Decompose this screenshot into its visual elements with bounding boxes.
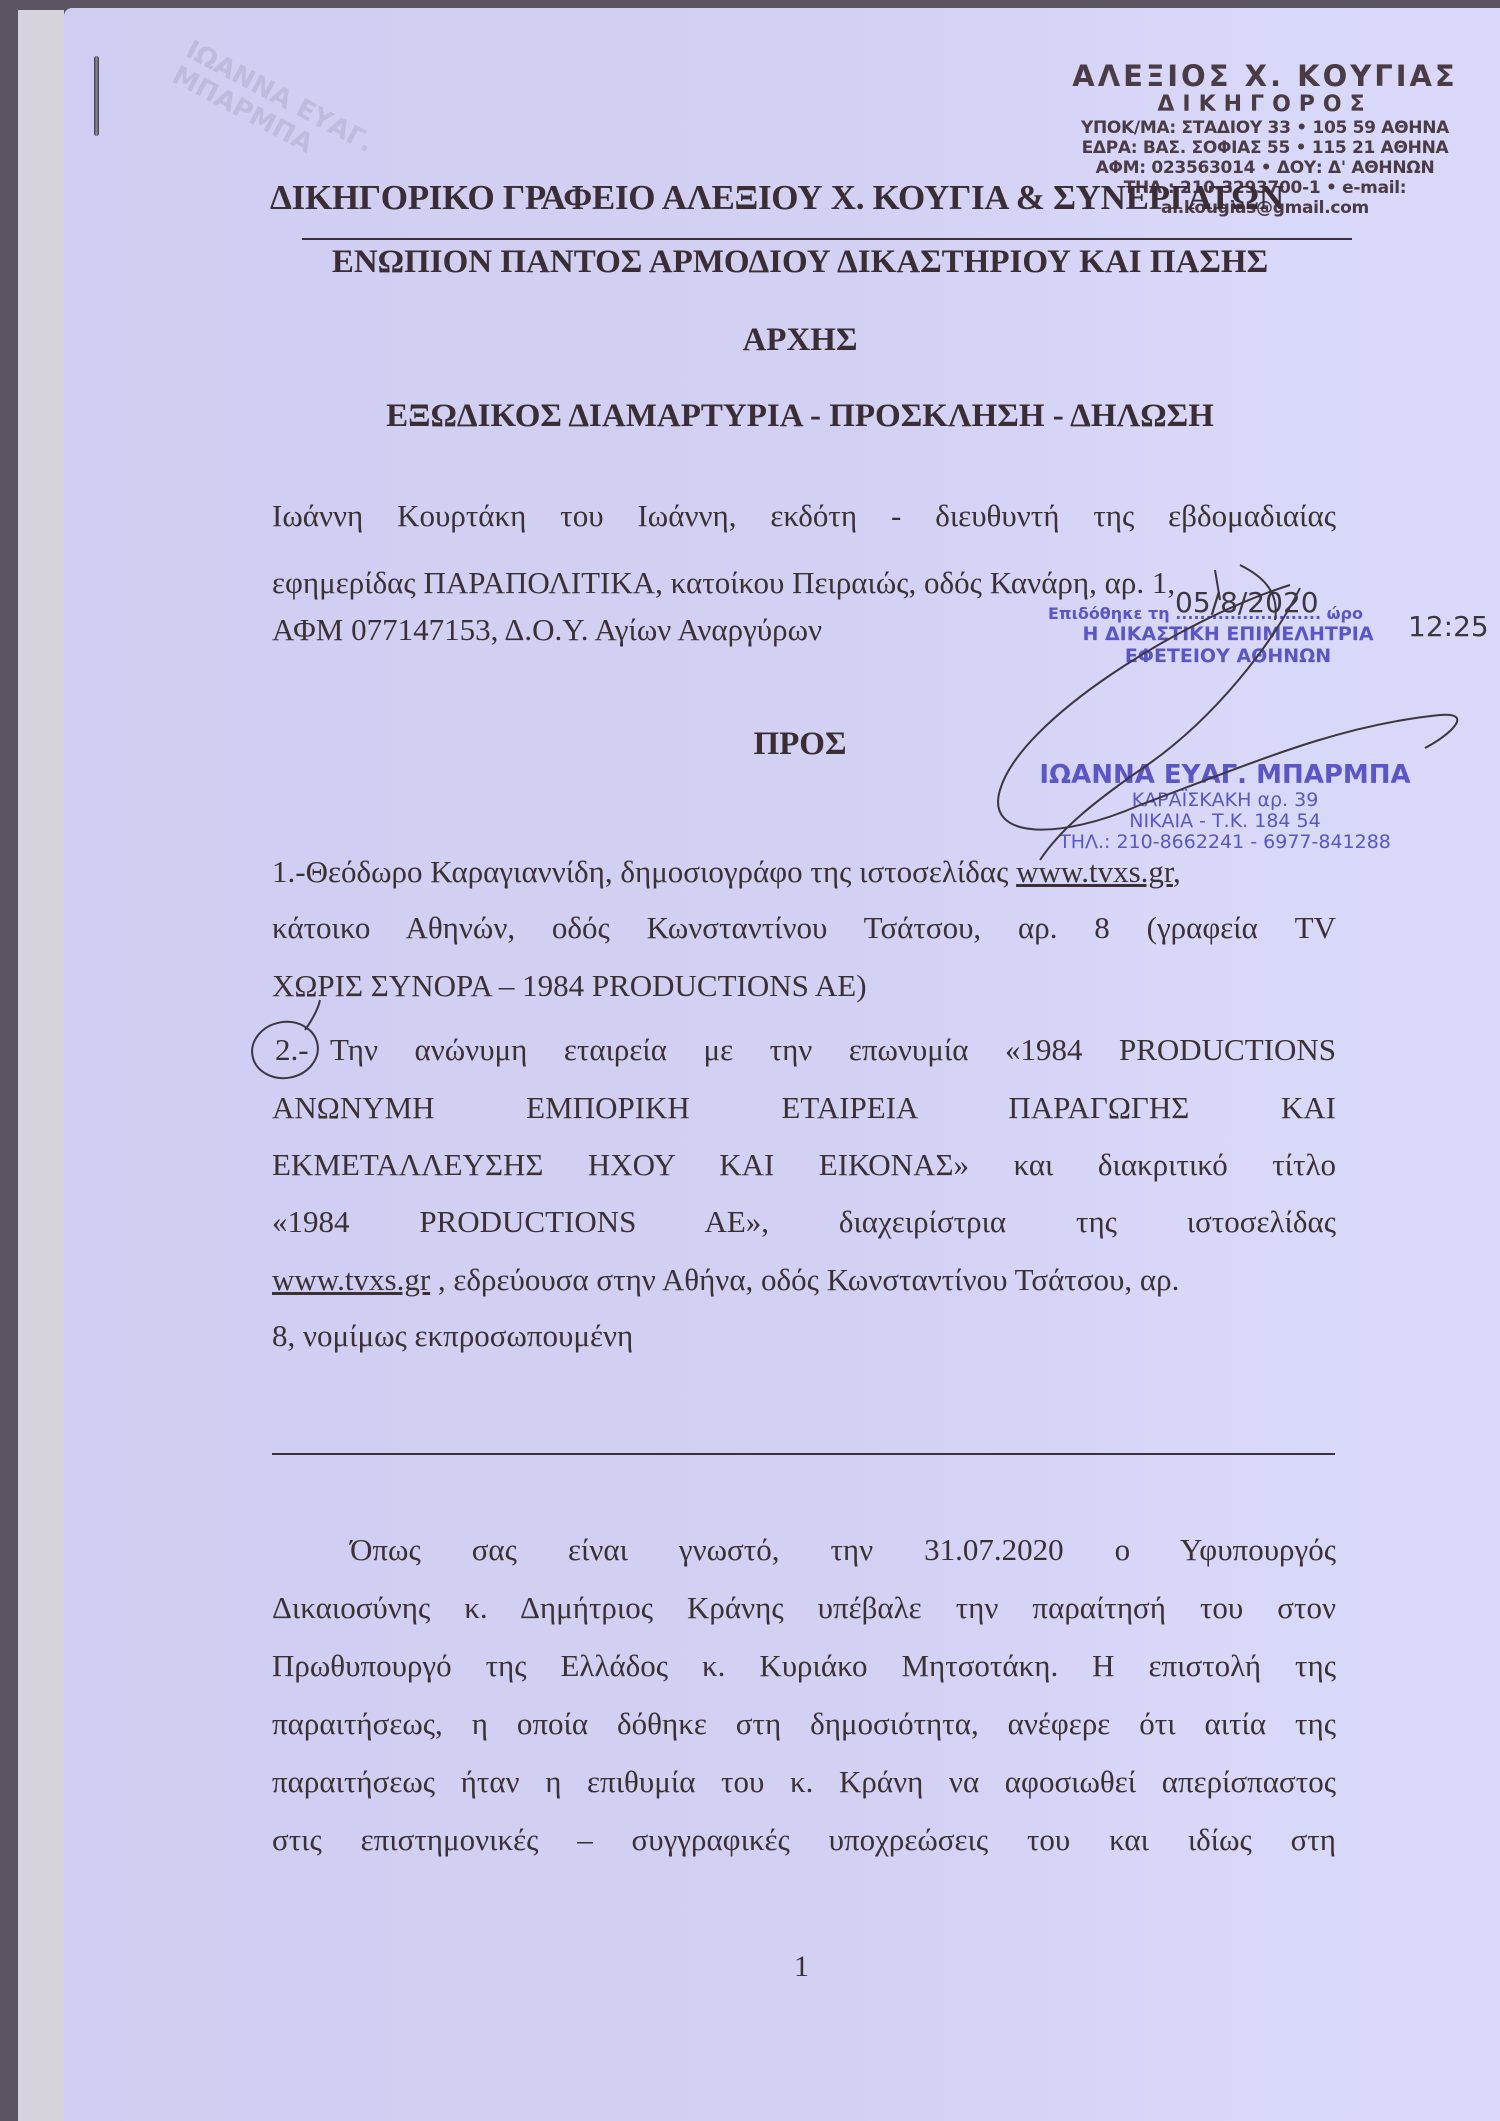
circle-mark-icon [248,1017,323,1084]
handwritten-marks [0,0,1500,2121]
signature-icon [998,585,1457,830]
